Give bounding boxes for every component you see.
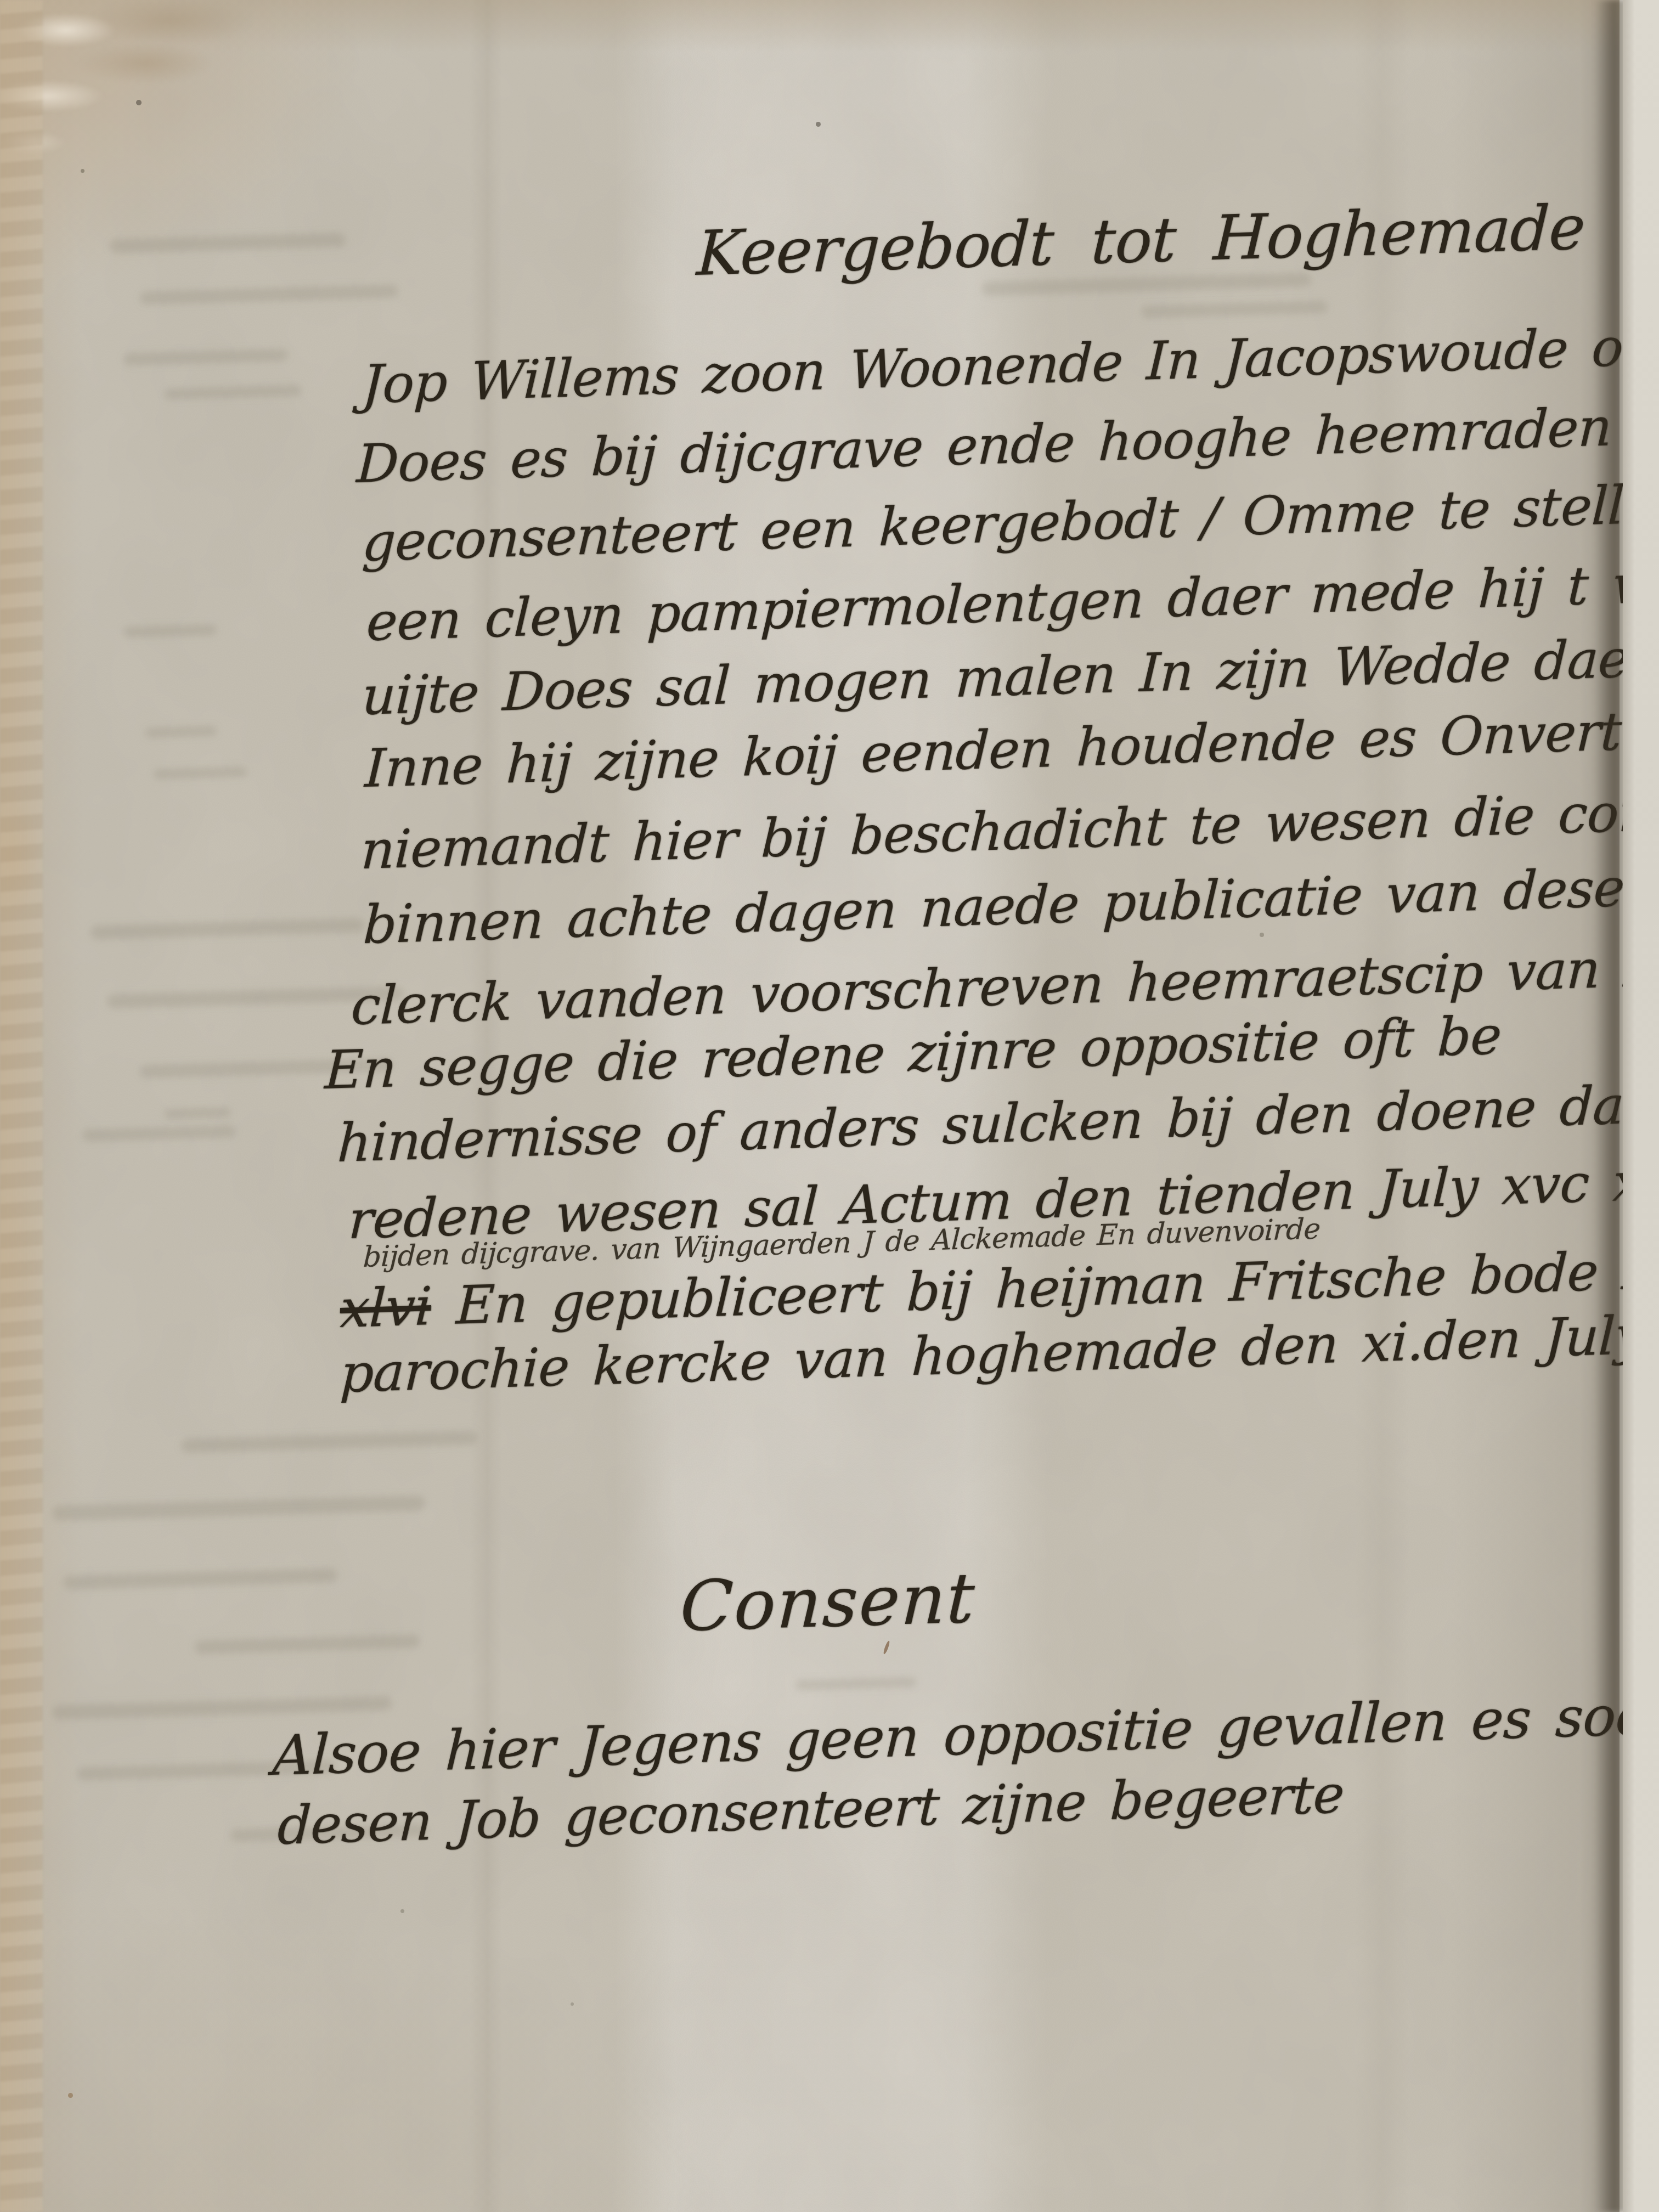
handwritten-text: Keergebodt tot Hoghemade Jop Willems zoo…: [0, 0, 1620, 2212]
binding-gutter-shadow: [1594, 0, 1626, 2212]
consent-heading: Consent: [679, 1558, 977, 1647]
struck-word: xlvi: [339, 1276, 432, 1340]
underlying-page-edge: [1623, 0, 1659, 2212]
document-heading: Keergebodt tot Hoghemade: [695, 192, 1586, 290]
consent-line-1: Alsoe hier Jegens geen oppositie gevalle…: [272, 1681, 1659, 1788]
manuscript-photo: Keergebodt tot Hoghemade Jop Willems zoo…: [0, 0, 1659, 2212]
manuscript-page: Keergebodt tot Hoghemade Jop Willems zoo…: [0, 0, 1620, 2212]
